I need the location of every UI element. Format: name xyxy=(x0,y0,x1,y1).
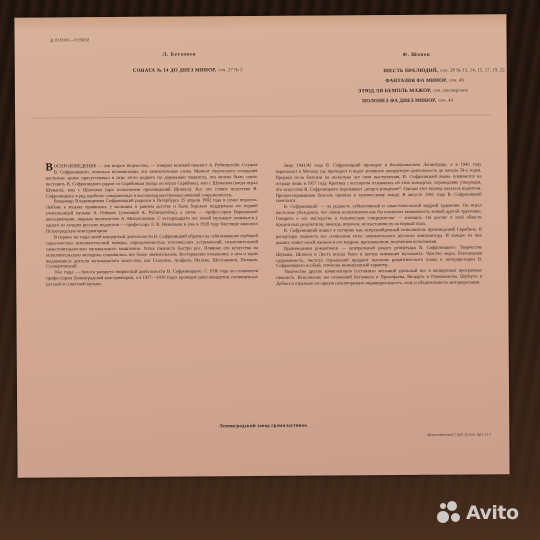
side2-work: ПОЛОНЕЗ ФА ДИЕЗ МИНОР,соч. 44 xyxy=(362,99,453,105)
work-title: ЭТЮД ЛЯ БЕМОЛЬ МАЖОР, xyxy=(358,89,432,95)
paragraph: ВОСПРОИЗВЕДЕНИЕ — это второе творчество,… xyxy=(45,162,257,199)
work-title: СОНАТА № 14 ДО ДИЕЗ МИНОР, xyxy=(133,68,217,74)
avito-dots-logo-icon xyxy=(437,501,463,525)
paragraph: Творчество других композиторов составлял… xyxy=(276,268,482,287)
paragraph-text: В первые же годы своей концертной деятел… xyxy=(46,233,258,269)
liner-notes-left-column: ВОСПРОИЗВЕДЕНИЕ — это второе творчество,… xyxy=(45,162,258,288)
side2-work: ШЕСТЬ ПРЕЛЮДИЙ,соч. 28 № 13, 14, 15, 17,… xyxy=(383,68,504,74)
record-sleeve: Д 015001—015002 Л. Бетховен СОНАТА № 14 … xyxy=(14,14,509,477)
side1-composer: Л. Бетховен xyxy=(163,52,196,57)
paragraph: В первые же годы своей концертной деятел… xyxy=(46,233,258,270)
side1-work: СОНАТА № 14 ДО ДИЕЗ МИНОР,соч. 27 № 2 xyxy=(133,68,243,74)
avito-watermark-text: Avito xyxy=(466,502,519,524)
side2-work: ЭТЮД ЛЯ БЕМОЛЬ МАЖОР,соч. посмертное xyxy=(358,89,468,95)
drop-cap: В xyxy=(45,163,52,171)
paragraph-text: Владимир Владимирович Софроницкий родилс… xyxy=(46,197,258,233)
paragraph: Зиму 1941/42 года В. Софроницкий проводи… xyxy=(275,161,481,204)
work-opus: соч. 49 xyxy=(449,79,464,84)
paragraph-text: 30-е годы — полоса расцвета творческой д… xyxy=(46,268,258,286)
paragraph: Произведения романтиков — центральный ра… xyxy=(276,244,482,269)
avito-watermark: Avito xyxy=(437,500,519,526)
work-opus: соч. посмертное xyxy=(433,89,468,94)
work-opus: соч. 28 № 13, 14, 15, 17, 19, 22 xyxy=(440,68,504,73)
work-opus: соч. 27 № 2 xyxy=(218,68,242,73)
side2-composer: Ф. Шопен xyxy=(403,53,431,58)
paragraph-text: ОСПРОИЗВЕДЕНИЕ — это второе творчество, … xyxy=(46,162,258,198)
paragraph: 30-е годы — полоса расцвета творческой д… xyxy=(46,268,258,287)
work-title: ФАНТАЗИЯ ФА МИНОР, xyxy=(385,79,447,84)
work-opus: соч. 44 xyxy=(438,99,453,104)
work-title: ПОЛОНЕЗ ФА ДИЕЗ МИНОР, xyxy=(362,99,436,105)
side2-work: ФАНТАЗИЯ ФА МИНОР,соч. 49 xyxy=(385,79,464,85)
price-line: Цена комплекта 1 руб. 25 коп. Арт. 11-1 xyxy=(427,432,491,436)
factory-name: Ленинградский завод грампластинок xyxy=(17,422,509,430)
paragraph: Владимир Владимирович Софроницкий родилс… xyxy=(46,197,258,234)
paragraph: В. Софроницкий — на редкость субъективны… xyxy=(276,203,482,228)
liner-notes-right-column: Зиму 1941/42 года В. Софроницкий проводи… xyxy=(275,161,482,286)
paragraph: В. Софроницкий вошел в историю как непре… xyxy=(276,226,482,245)
print-code: ГОСТ 5289-68 1-ЛЗГ ... 3/5852 24-Х-64 г. xyxy=(420,475,518,479)
work-title: ШЕСТЬ ПРЕЛЮДИЙ, xyxy=(383,69,438,74)
